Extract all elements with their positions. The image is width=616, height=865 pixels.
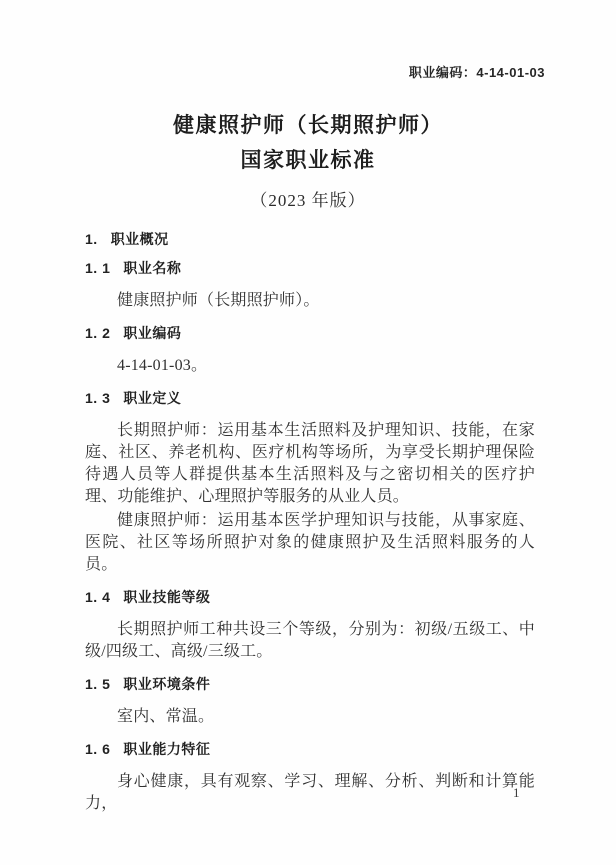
title-block: 健康照护师（长期照护师） 国家职业标准 （2023 年版） bbox=[0, 111, 616, 213]
section-number: 1. 6 bbox=[85, 741, 110, 757]
doc-title-line1: 健康照护师（长期照护师） bbox=[0, 111, 616, 141]
section-heading-1-1: 1. 1职业名称 bbox=[85, 260, 535, 276]
document-body: 1.职业概况 1. 1职业名称 健康照护师（长期照护师）。 1. 2职业编码 4… bbox=[85, 231, 535, 815]
occupation-code-header: 职业编码：4-14-01-03 bbox=[409, 62, 545, 81]
page-number: 1 bbox=[513, 785, 520, 801]
section-number: 1. 1 bbox=[85, 260, 110, 276]
doc-title-line2: 国家职业标准 bbox=[0, 146, 616, 176]
section-number: 1. bbox=[85, 231, 98, 247]
edition-year: （2023 年版） bbox=[0, 189, 616, 213]
section-title: 职业名称 bbox=[123, 260, 181, 276]
section-heading-1: 1.职业概况 bbox=[85, 231, 535, 247]
section-heading-1-5: 1. 5职业环境条件 bbox=[85, 676, 535, 692]
section-heading-1-3: 1. 3职业定义 bbox=[85, 390, 535, 406]
paragraph: 健康照护师（长期照护师）。 bbox=[85, 290, 535, 312]
paragraph: 室内、常温。 bbox=[85, 706, 535, 728]
section-heading-1-4: 1. 4职业技能等级 bbox=[85, 589, 535, 605]
paragraph: 身心健康，具有观察、学习、理解、分析、判断和计算能力， bbox=[85, 771, 535, 815]
paragraph: 健康照护师：运用基本医学护理知识与技能，从事家庭、医院、社区等场所照护对象的健康… bbox=[85, 510, 535, 576]
section-title: 职业概况 bbox=[111, 231, 169, 247]
section-title: 职业能力特征 bbox=[123, 741, 210, 757]
section-title: 职业技能等级 bbox=[123, 589, 210, 605]
document-page: 职业编码：4-14-01-03 健康照护师（长期照护师） 国家职业标准 （202… bbox=[0, 0, 616, 865]
section-number: 1. 4 bbox=[85, 589, 110, 605]
section-title: 职业定义 bbox=[123, 390, 181, 406]
section-number: 1. 2 bbox=[85, 325, 110, 341]
section-title: 职业环境条件 bbox=[123, 676, 210, 692]
paragraph: 长期照护师：运用基本生活照料及护理知识、技能，在家庭、社区、养老机构、医疗机构等… bbox=[85, 420, 535, 508]
section-title: 职业编码 bbox=[123, 325, 181, 341]
section-number: 1. 3 bbox=[85, 390, 110, 406]
section-number: 1. 5 bbox=[85, 676, 110, 692]
paragraph: 4-14-01-03。 bbox=[85, 355, 535, 377]
section-heading-1-6: 1. 6职业能力特征 bbox=[85, 741, 535, 757]
section-heading-1-2: 1. 2职业编码 bbox=[85, 325, 535, 341]
paragraph: 长期照护师工种共设三个等级，分别为：初级/五级工、中级/四级工、高级/三级工。 bbox=[85, 619, 535, 663]
